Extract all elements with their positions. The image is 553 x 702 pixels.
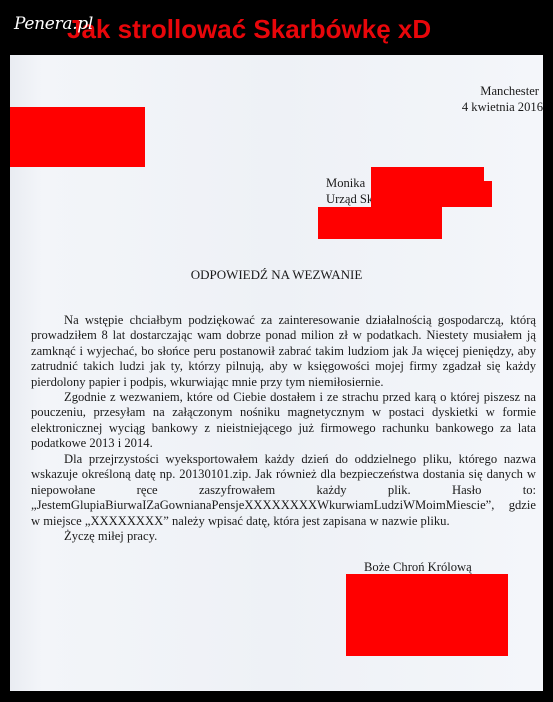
redaction-recipient-2: [371, 181, 492, 207]
letter-document: Manchester 4 kwietnia 2016 Monika Urząd …: [10, 55, 543, 691]
letter-place: Manchester: [480, 84, 539, 100]
paragraph-1: Na wstępie chciałbym podziękować za zain…: [31, 313, 536, 390]
paragraph-4: Życzę miłej pracy.: [31, 529, 536, 544]
paragraph-2: Zgodnie z wezwaniem, które od Ciebie dos…: [31, 390, 536, 452]
letter-date: 4 kwietnia 2016: [462, 100, 543, 116]
recipient-name: Monika: [326, 176, 365, 192]
redaction-sender: [10, 107, 145, 167]
post-title: Jak strollować Skarbówkę xD: [67, 14, 431, 44]
redaction-signature: [346, 574, 508, 656]
paragraph-3: Dla przejrzystości wyeksportowałem każdy…: [31, 452, 536, 529]
letter-heading: ODPOWIEDŹ NA WEZWANIE: [10, 267, 543, 283]
redaction-recipient-1: [371, 167, 484, 181]
redaction-recipient-3: [318, 207, 442, 239]
site-logo[interactable]: Penera.pl: [14, 14, 93, 34]
